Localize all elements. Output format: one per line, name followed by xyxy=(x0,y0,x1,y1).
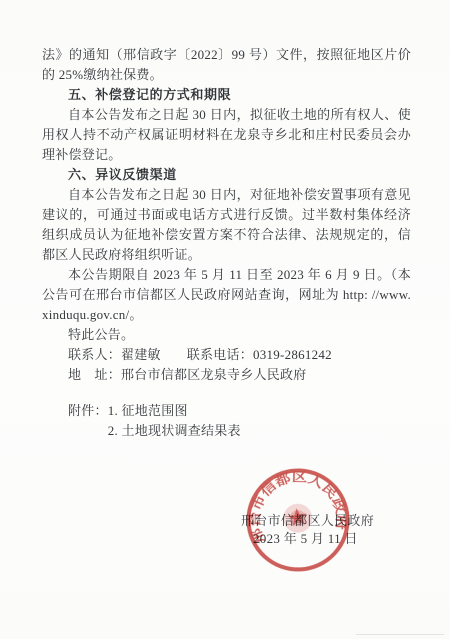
attachments-block: 附件： 1. 征地范围图 2. 土地现状调查结果表 xyxy=(42,401,411,441)
section6-body: 自本公告发布之日起 30 日内，对征地补偿安置事项有意见建议的，可通过书面或电话… xyxy=(42,185,411,265)
contact-person-name: 翟建敏 xyxy=(121,347,161,362)
closing-paragraph: 特此公告。 xyxy=(42,325,411,345)
section5-heading: 五、补偿登记的方式和期限 xyxy=(42,85,411,105)
contact-phone-label: 联系电话： xyxy=(187,347,253,362)
attachments-list: 1. 征地范围图 2. 土地现状调查结果表 xyxy=(108,401,411,441)
section5-body: 自本公告发布之日起 30 日内，拟征收土地的所有权人、使用权人持不动产权属证明材… xyxy=(42,105,411,165)
address-label: 地 址： xyxy=(68,367,121,382)
signature-issuer: 邢台市信都区人民政府 xyxy=(241,512,374,529)
address-line: 地 址：邢台市信都区龙泉寺乡人民政府 xyxy=(42,365,411,385)
scan-edge-artifact xyxy=(356,634,444,635)
attachment-item-1: 1. 征地范围图 xyxy=(108,401,411,421)
document-body: 法》的通知（邢信政字〔2022〕99 号）文件，按照征地区片价的 25%缴纳社保… xyxy=(42,45,411,441)
validity-paragraph: 本公告期限自 2023 年 5 月 11 日至 2023 年 6 月 9 日。（… xyxy=(42,265,411,325)
paragraph-continuation: 法》的通知（邢信政字〔2022〕99 号）文件，按照征地区片价的 25%缴纳社保… xyxy=(42,45,411,85)
attachment-item-2: 2. 土地现状调查结果表 xyxy=(108,421,411,441)
contact-person-label: 联系人： xyxy=(68,347,121,362)
signature-date: 2023 年 5 月 11 日 xyxy=(253,530,358,547)
announcement-document-page: 法》的通知（邢信政字〔2022〕99 号）文件，按照征地区片价的 25%缴纳社保… xyxy=(0,0,450,639)
address-value: 邢台市信都区龙泉寺乡人民政府 xyxy=(121,367,307,382)
contact-phone-number: 0319-2861242 xyxy=(253,347,332,362)
attachments-label: 附件： xyxy=(68,401,108,421)
section6-heading: 六、异议反馈渠道 xyxy=(42,165,411,185)
contact-line: 联系人：翟建敏联系电话：0319-2861242 xyxy=(42,345,411,365)
